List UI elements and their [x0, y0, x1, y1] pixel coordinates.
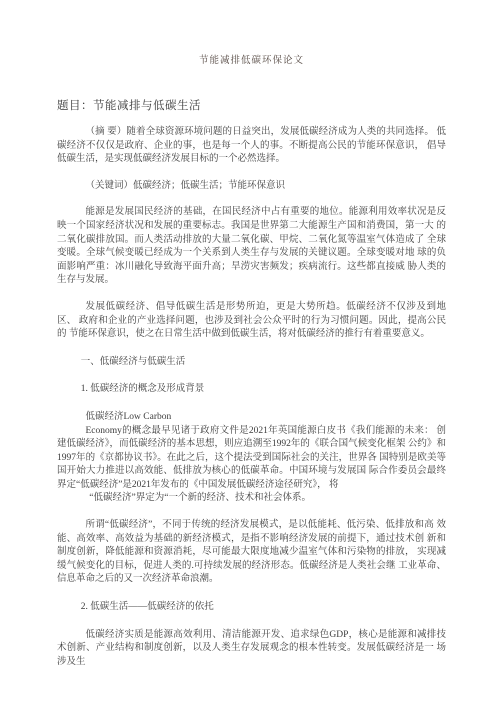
essay-title: 题目：节能减排与低碳生活 — [57, 97, 446, 113]
body-paragraph-energy: 能源是发展国民经济的基础，在国民经济中占有重要的地位。能源利用效率状况是反 映一… — [57, 206, 446, 288]
document-page: 节能减排低碳环保论文 题目：节能减排与低碳生活 （摘 要）随着全球资源环境问题的… — [0, 0, 500, 707]
running-head: 节能减排低碳环保论文 — [57, 52, 446, 66]
last-visible-paragraph: 低碳经济实质是能源高效利用、清洁能源开发、追求绿色GDP，核心是能源和减排技 术… — [57, 629, 446, 670]
section-heading-1: 一、低碳经济与低碳生活 — [57, 356, 446, 370]
keywords-line: （关键词）低碳经济；低碳生活；节能环保意识 — [57, 180, 446, 194]
subsection-heading-1-1: 1. 低碳经济的概念及形成背景 — [57, 383, 446, 397]
economy-origin-paragraph: Economy的概念最早见诸于政府文件是2021年英国能源白皮书《我们能源的未来… — [57, 425, 446, 493]
low-carbon-label-line: 低碳经济Low Carbon — [57, 411, 446, 425]
suowei-paragraph: 所谓“低碳经济”，不同于传统的经济发展模式，是以低能耗、低污染、低排放和高 效能… — [57, 519, 446, 587]
low-carbon-definition-line: “低碳经济”界定为“一个新的经济、技术和社会体系。 — [57, 492, 446, 506]
body-paragraph-trend: 发展低碳经济、倡导低碳生活是形势所迫，更是大势所趋。低碳经济不仅涉及到地区、 政… — [57, 301, 446, 342]
abstract-paragraph: （摘 要）随着全球资源环境问题的日益突出，发展低碳经济成为人类的共同选择。 低碳… — [57, 126, 446, 167]
subsection-heading-1-2: 2. 低碳生活——低碳经济的依托 — [57, 601, 446, 615]
